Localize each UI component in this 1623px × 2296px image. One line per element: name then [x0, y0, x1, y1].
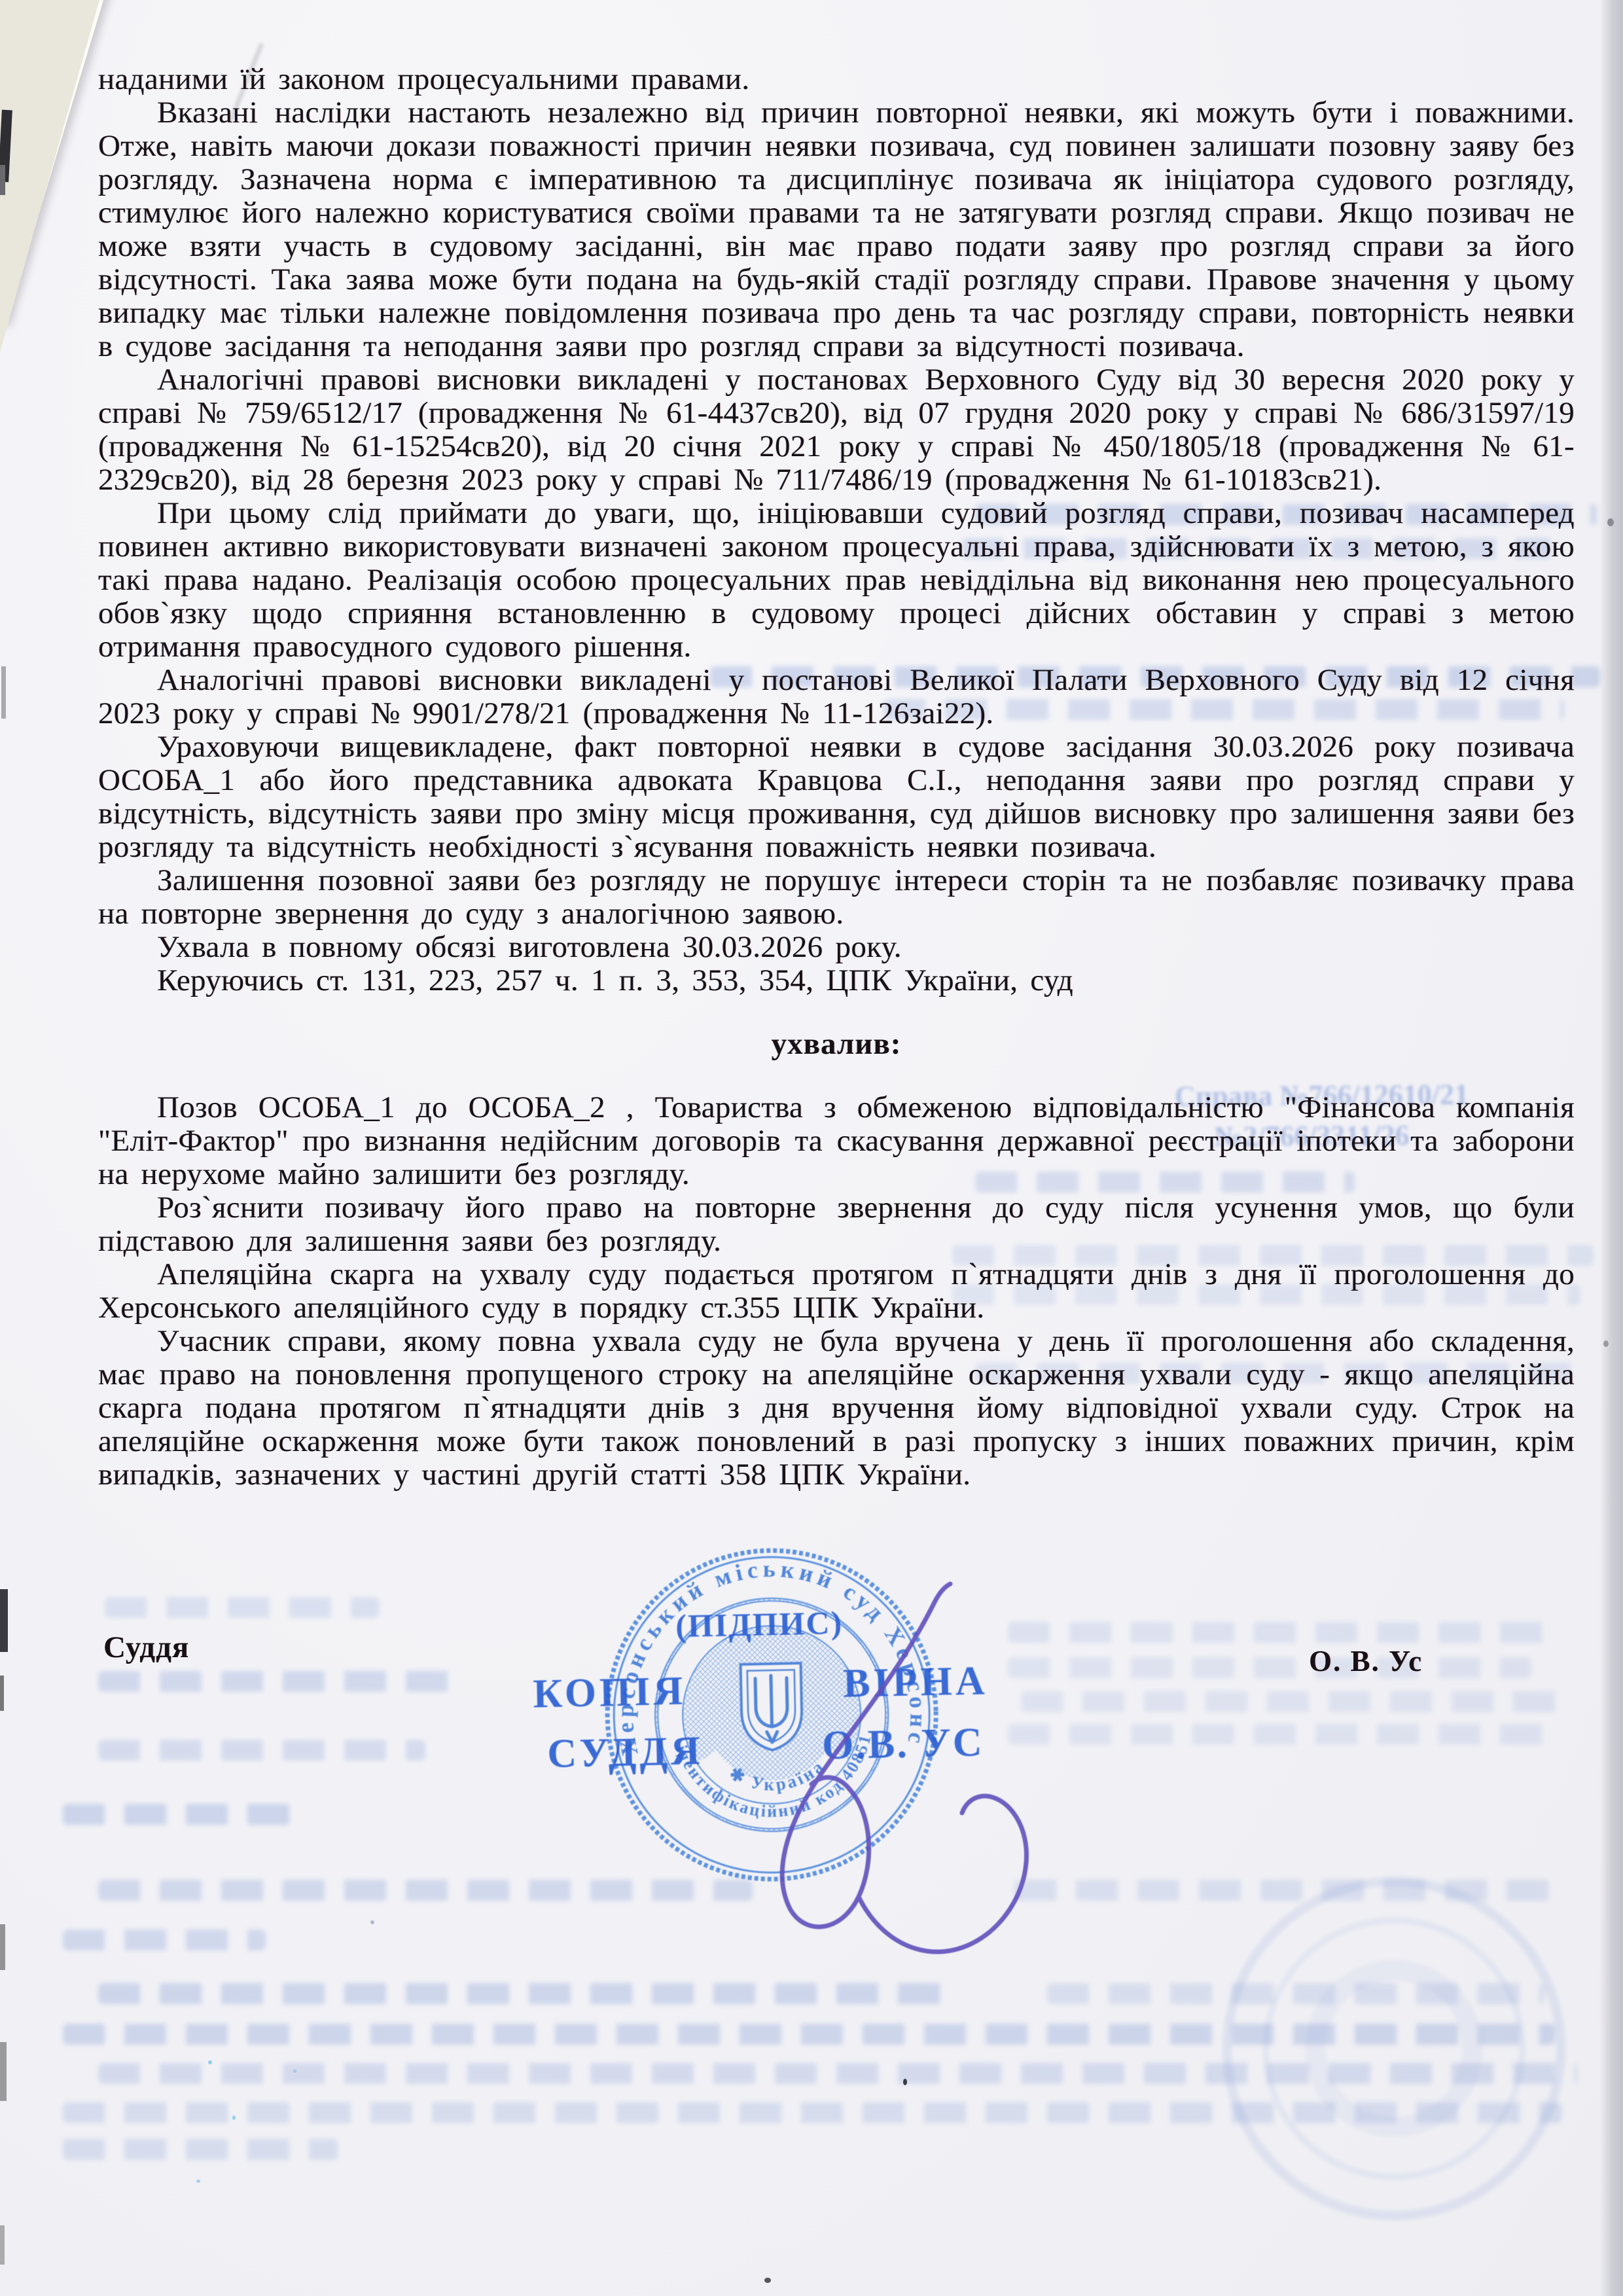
operative-paragraph: Роз`яснити позивачу його право на повтор… — [98, 1191, 1575, 1258]
scanner-edge-mark — [1, 666, 6, 719]
scanner-edge-mark — [0, 165, 5, 195]
dust-speck — [1603, 1340, 1609, 1347]
body-paragraph: Керуючись ст. 131, 223, 257 ч. 1 п. 3, 3… — [98, 964, 1575, 997]
operative-paragraph: Позов ОСОБА_1 до ОСОБА_2 , Товариства з … — [98, 1091, 1575, 1191]
scanner-edge-mark — [0, 2225, 5, 2265]
scanner-edge-mark — [0, 1924, 5, 1970]
scan-right-edge — [1599, 0, 1623, 2296]
ghost-seal — [1191, 1846, 1597, 2251]
ruling-body: наданими їй законом процесуальними права… — [98, 63, 1575, 1492]
handwritten-signature — [589, 1558, 1126, 2016]
operative-paragraph: Апеляційна скарга на ухвалу суду подаєть… — [98, 1258, 1575, 1325]
scanned-court-ruling: { "document": { "body_paragraphs": [ "на… — [0, 0, 1623, 2296]
body-paragraph: Вказані наслідки настають незалежно від … — [98, 96, 1575, 363]
scanner-edge-mark — [0, 2042, 7, 2101]
operative-paragraph: Учасник справи, якому повна ухвала суду … — [98, 1325, 1575, 1492]
ink-speck — [370, 1920, 374, 1924]
bleedthrough-line — [98, 1671, 452, 1692]
body-paragraph: наданими їй законом процесуальними права… — [98, 63, 1575, 96]
judge-name: О. В. Ус — [1309, 1644, 1423, 1678]
body-paragraph: При цьому слід приймати до уваги, що, ін… — [98, 497, 1575, 664]
scanner-edge-mark — [0, 1676, 4, 1711]
dust-speck — [764, 2278, 771, 2283]
bleedthrough-line — [63, 1804, 305, 1825]
ink-speck — [232, 2115, 236, 2120]
bleedthrough-line — [63, 1929, 266, 1950]
body-paragraph: Аналогічні правові висновки викладені у … — [98, 664, 1575, 730]
ink-speck — [196, 2179, 200, 2183]
dust-speck — [1607, 518, 1614, 526]
bleedthrough-line — [105, 1597, 380, 1618]
bleedthrough-line — [98, 1740, 425, 1761]
scanner-edge-mark — [0, 1589, 8, 1652]
bleedthrough-line — [63, 2139, 338, 2160]
body-paragraph: Залишення позовної заяви без розгляду не… — [98, 864, 1575, 931]
ink-speck — [293, 2070, 296, 2073]
resolution-heading: ухвалив: — [98, 1028, 1575, 1061]
body-paragraph: Ухвала в повному обсязі виготовлена 30.0… — [98, 931, 1575, 964]
dust-speck — [903, 2079, 907, 2085]
body-paragraph: Аналогічні правові висновки викладені у … — [98, 363, 1575, 497]
body-paragraph: Ураховуючи вищевикладене, факт повторної… — [98, 730, 1575, 864]
ink-speck — [208, 2060, 212, 2064]
judge-label: Суддя — [103, 1630, 189, 1665]
scanned-page: Справа №766/12610/21 №2/766/3311/26 нада… — [0, 0, 1623, 2296]
